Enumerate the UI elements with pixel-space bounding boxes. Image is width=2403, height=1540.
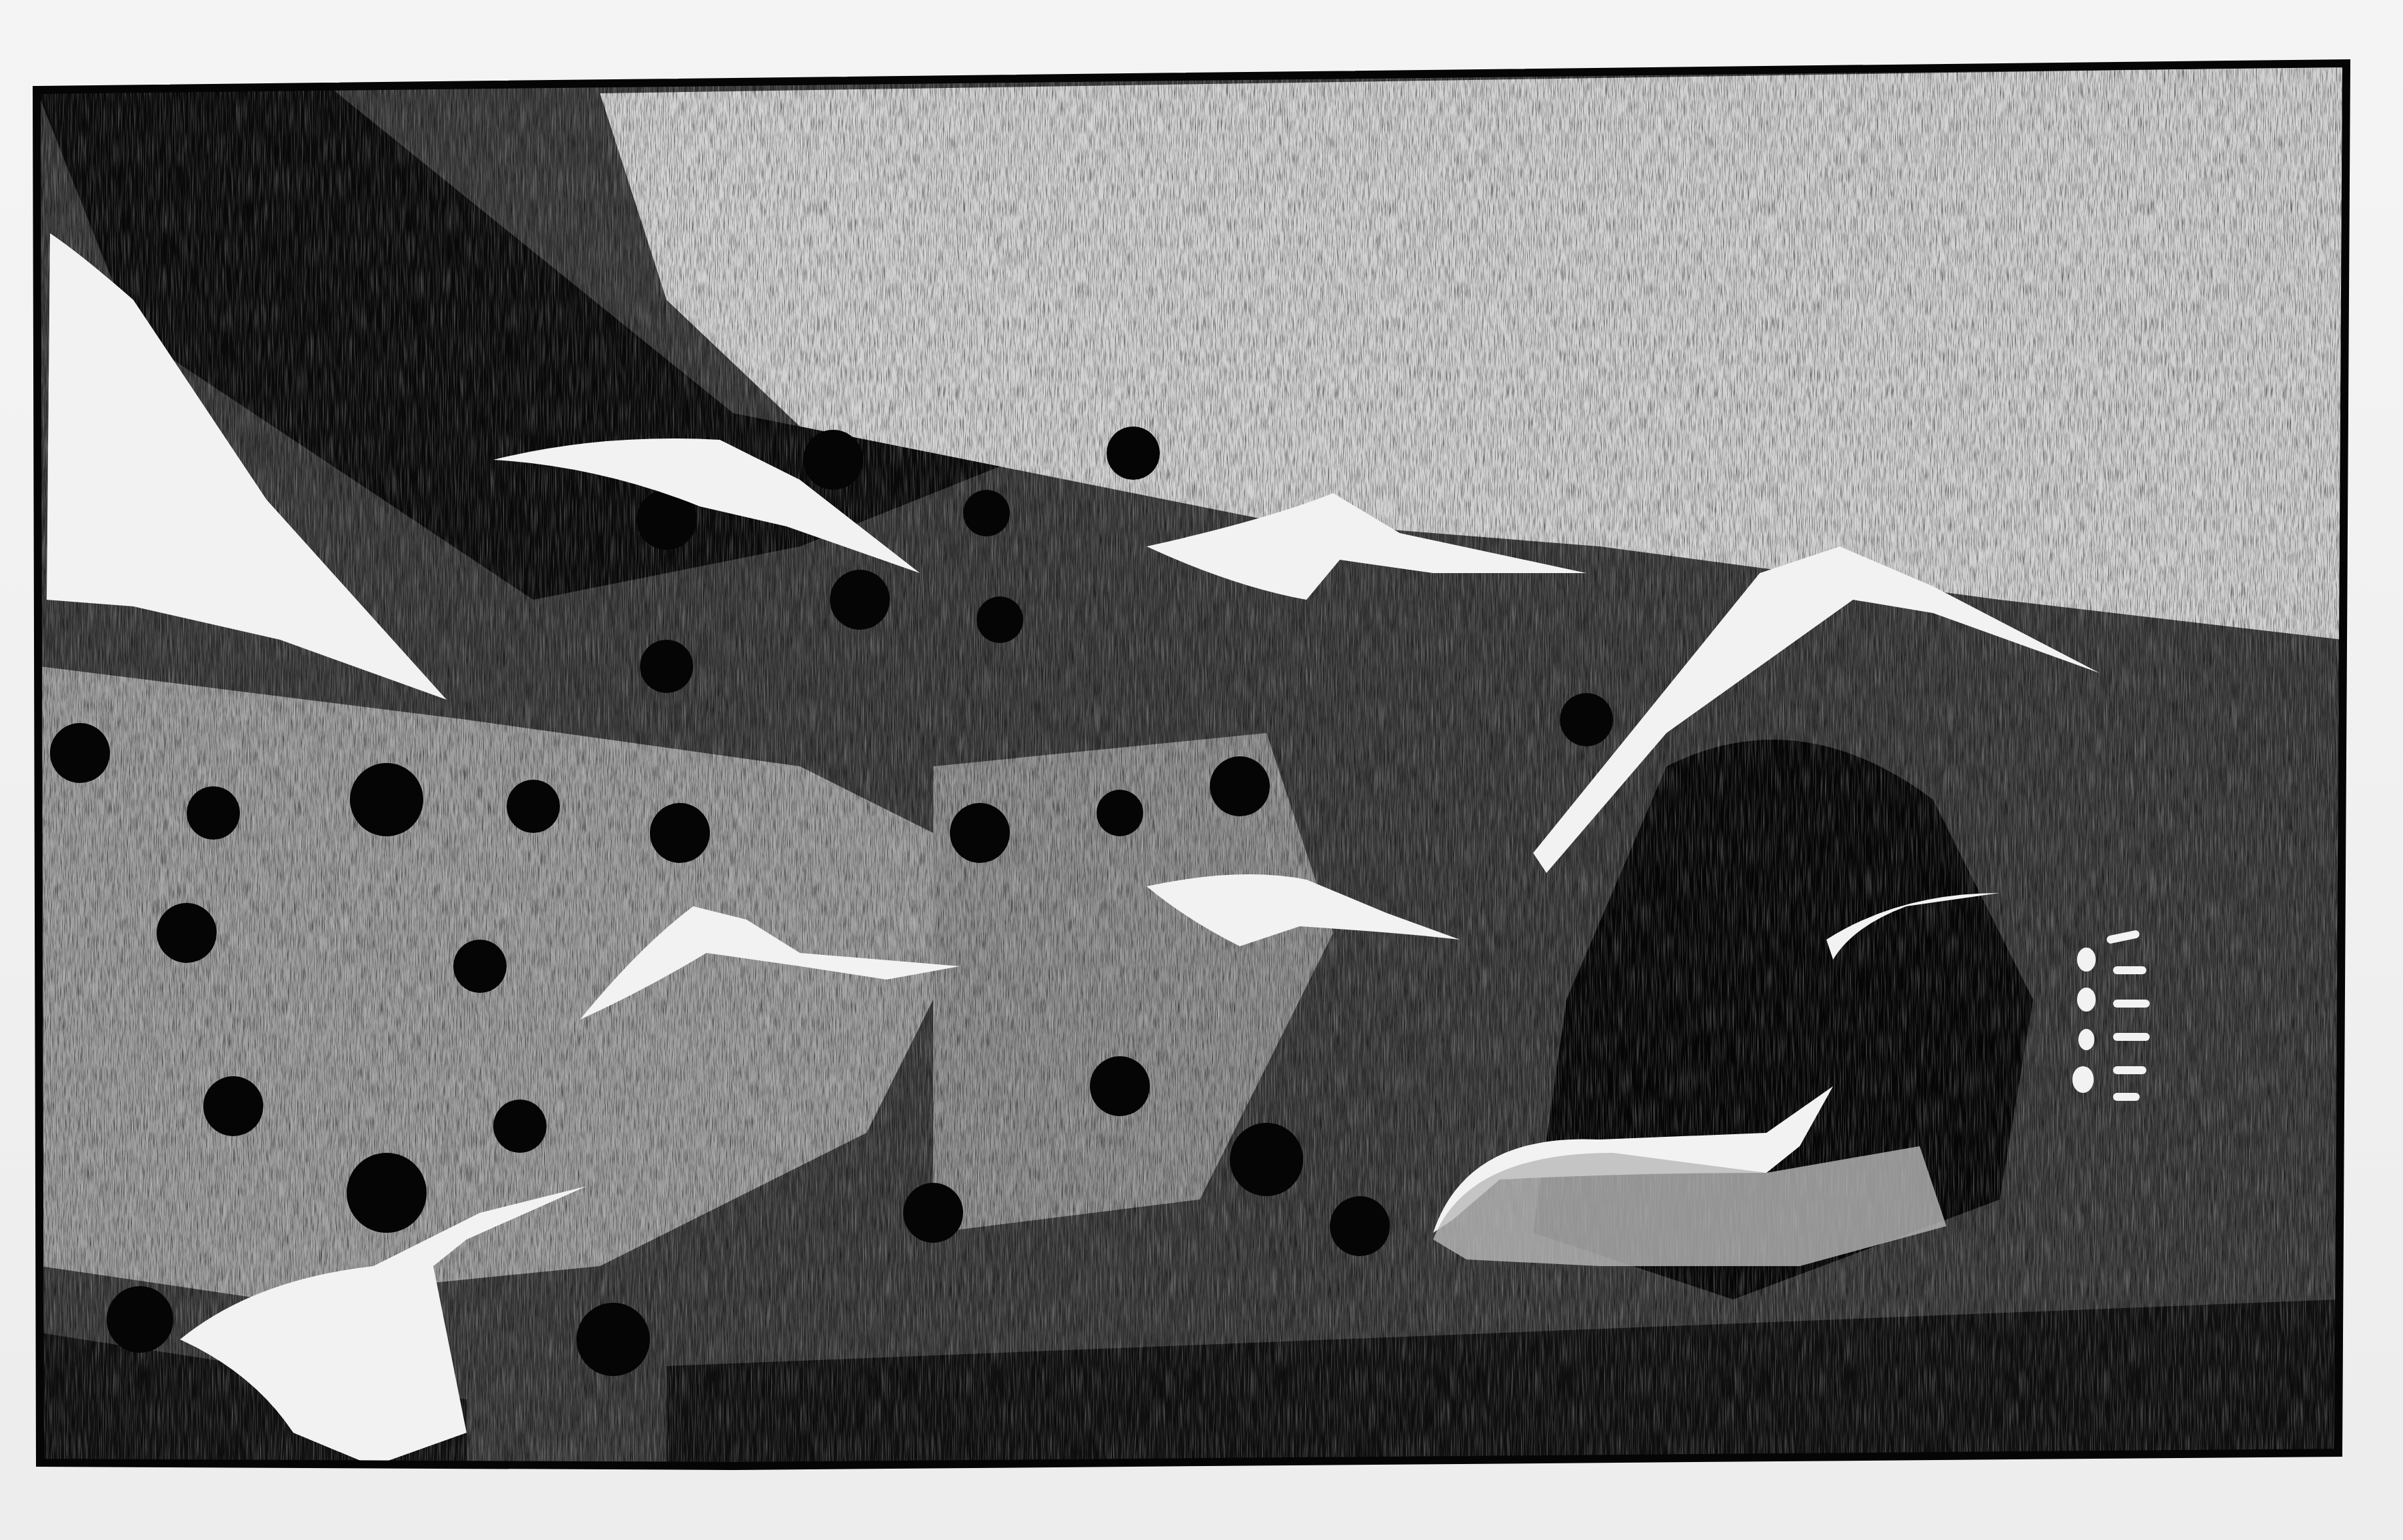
relief-print (0, 0, 2403, 1540)
ink-block (0, 0, 2403, 1540)
